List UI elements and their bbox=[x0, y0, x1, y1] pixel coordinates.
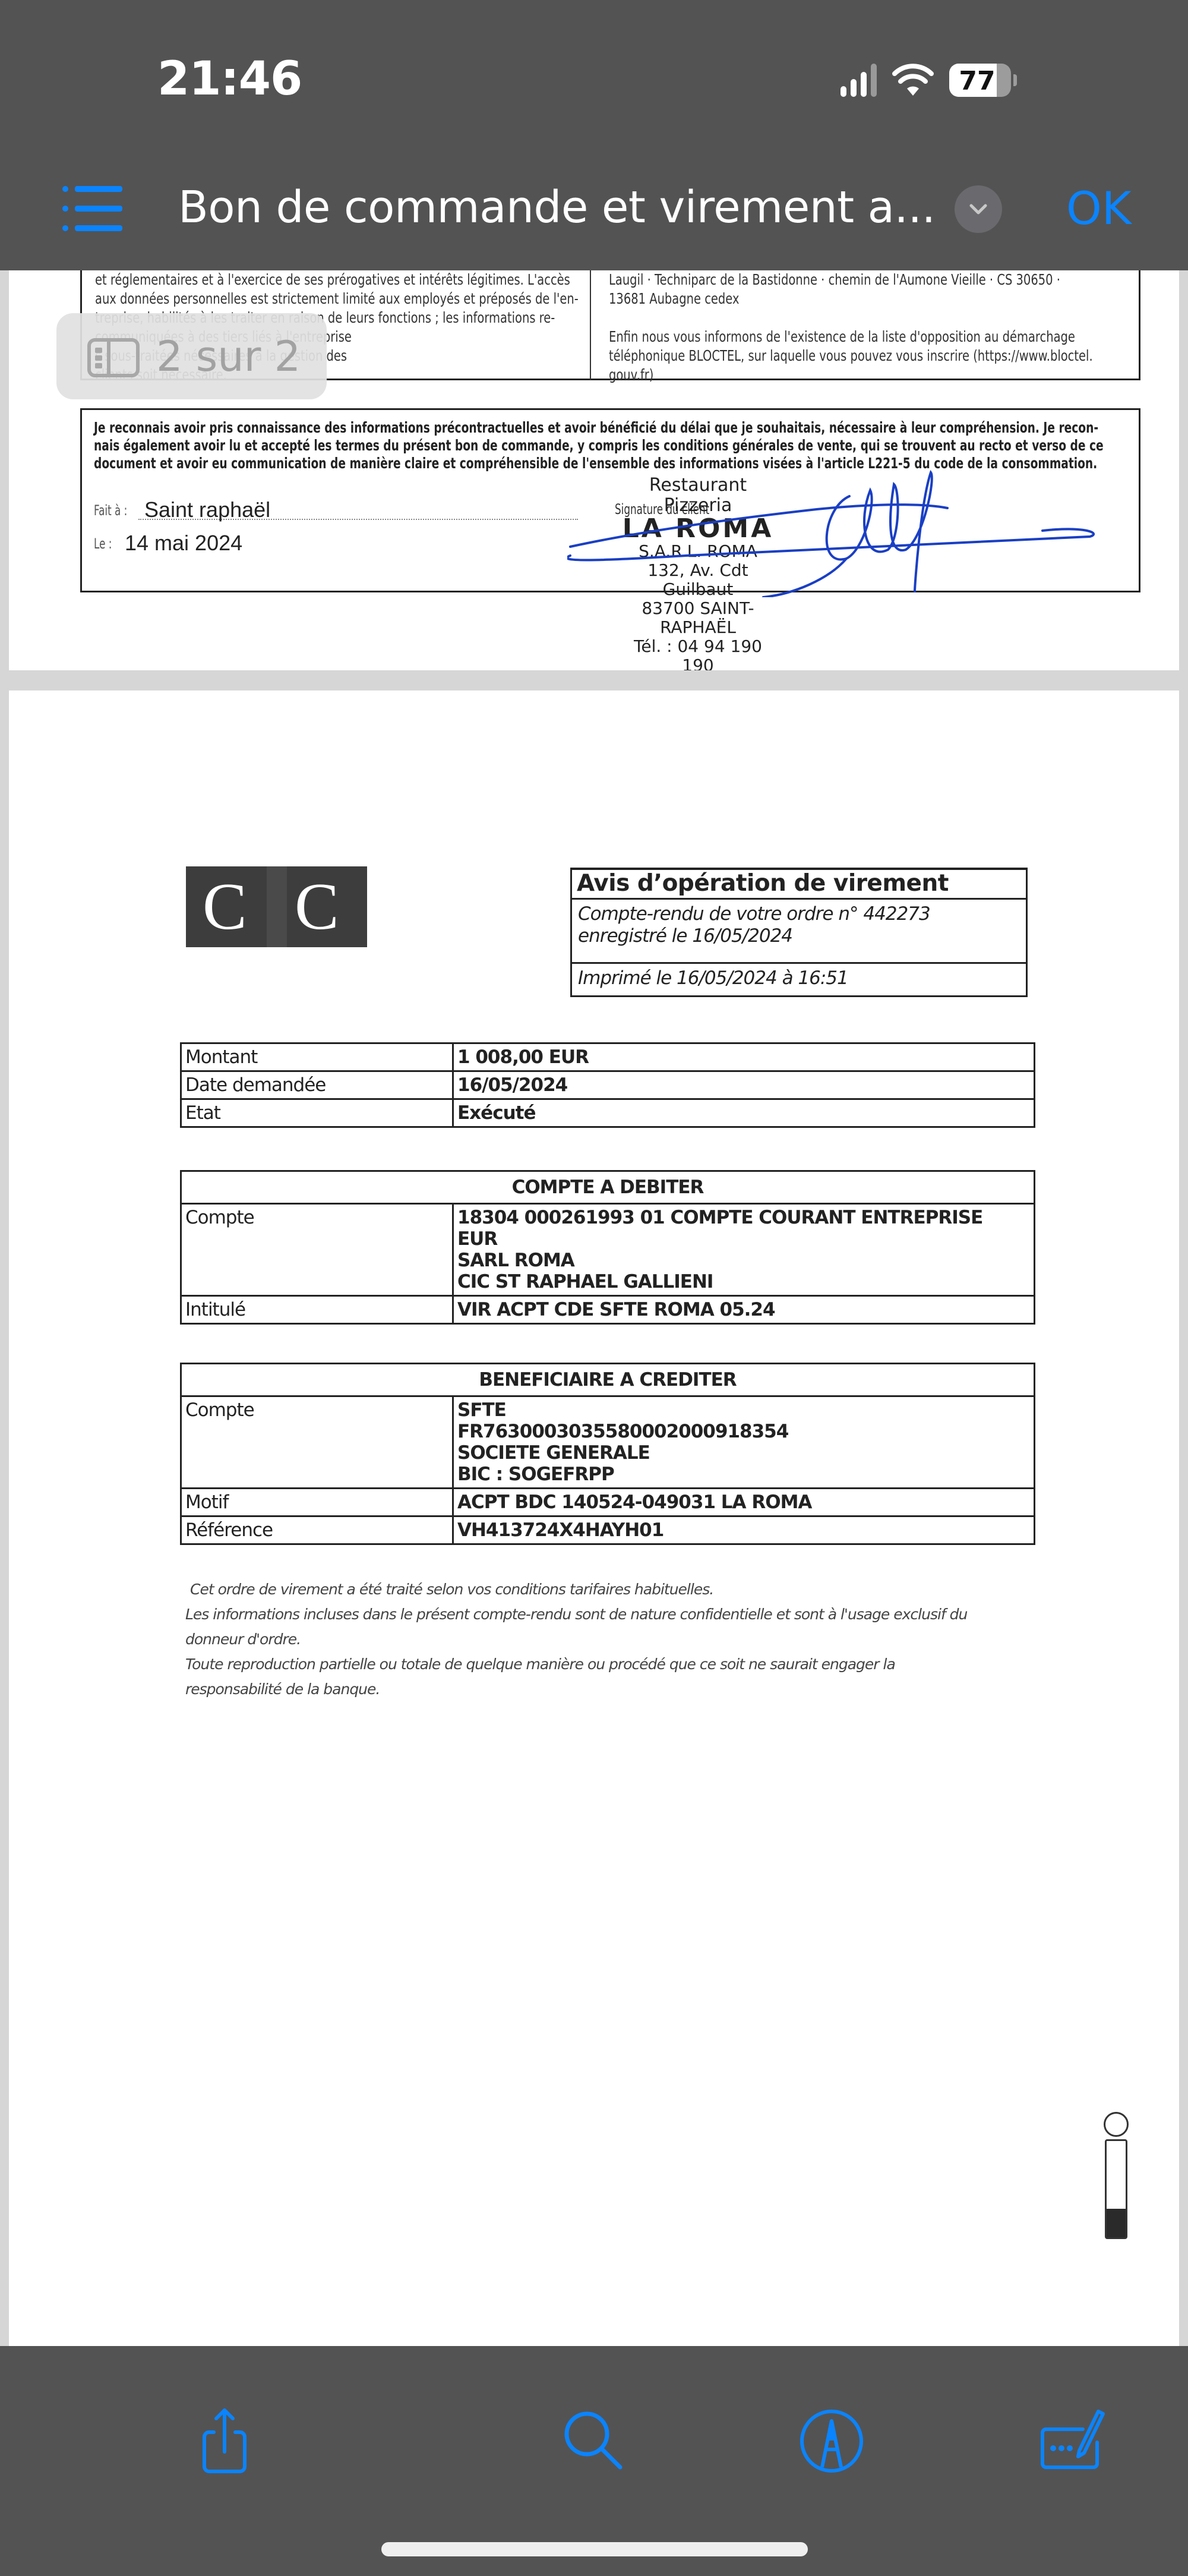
status-value: Exécuté bbox=[453, 1099, 1035, 1127]
row-label: Intitulé bbox=[181, 1296, 453, 1324]
privacy-text-right: Laugil · Techniparc de la Bastidonne · c… bbox=[609, 270, 1093, 384]
reference-value: VH413724X4HAYH01 bbox=[453, 1516, 1035, 1544]
text-line: téléphonique BLOCTEL, sur laquelle vous … bbox=[609, 346, 1093, 365]
table-row: Compte SFTE FR7630003035580002000918354 … bbox=[181, 1396, 1035, 1489]
text-line: et réglementaires et à l'exercice de ses… bbox=[95, 270, 579, 289]
avis-title: Avis d’opération de virement bbox=[572, 870, 1026, 898]
title-menu-button[interactable] bbox=[955, 185, 1002, 233]
amount-value: 1 008,00 EUR bbox=[453, 1043, 1035, 1071]
signal-icon bbox=[841, 64, 877, 97]
text-line: nais également avoir lu et accepté les t… bbox=[94, 437, 1104, 455]
value-line: SFTE bbox=[457, 1399, 1030, 1421]
debit-account-table: COMPTE A DEBITER Compte 18304 000261993 … bbox=[180, 1170, 1035, 1325]
row-label: Compte bbox=[181, 1204, 453, 1296]
le-label: Le : bbox=[94, 535, 112, 552]
page-indicator-label: 2 sur 2 bbox=[156, 332, 301, 381]
table-row: Référence VH413724X4HAYH01 bbox=[181, 1516, 1035, 1544]
note-line: responsabilité de la banque. bbox=[185, 1677, 1047, 1702]
acknowledgement-text: Je reconnais avoir pris connaissance des… bbox=[94, 419, 1104, 472]
battery-icon: 77 bbox=[949, 64, 1011, 97]
pdf-page-2: C C Avis d’opération de virement Compte-… bbox=[9, 690, 1179, 2346]
table-row: Motif ACPT BDC 140524-049031 LA ROMA bbox=[181, 1489, 1035, 1516]
share-icon[interactable] bbox=[189, 2405, 260, 2477]
value-line: CIC ST RAPHAEL GALLIENI bbox=[457, 1271, 1030, 1292]
order-number-line: Compte-rendu de votre ordre n° 442273 bbox=[578, 903, 1020, 925]
note-line: Toute reproduction partielle ou totale d… bbox=[185, 1652, 1047, 1677]
section-header: BENEFICIAIRE A CREDITER bbox=[181, 1364, 1035, 1396]
table-row: Montant 1 008,00 EUR bbox=[181, 1043, 1035, 1071]
text-line: Je reconnais avoir pris connaissance des… bbox=[94, 419, 1104, 437]
cic-logo: C C bbox=[186, 866, 367, 947]
value-line: SOCIETE GENERALE bbox=[457, 1442, 1030, 1464]
status-icons: 77 bbox=[841, 59, 1017, 101]
section-header: COMPTE A DEBITER bbox=[181, 1171, 1035, 1204]
stamp-line: 83700 SAINT-RAPHAËL bbox=[621, 599, 775, 637]
status-time: 21:46 bbox=[157, 52, 302, 106]
requested-date-value: 16/05/2024 bbox=[453, 1071, 1035, 1099]
note-line: Cet ordre de virement a été traité selon… bbox=[185, 1577, 1047, 1602]
value-line: 18304 000261993 01 COMPTE COURANT ENTREP… bbox=[457, 1207, 1030, 1228]
handwritten-signature bbox=[567, 466, 1102, 597]
sidebar-icon bbox=[87, 338, 140, 377]
value-line: BIC : SOGEFRPP bbox=[457, 1464, 1030, 1485]
legal-notes: Cet ordre de virement a été traité selon… bbox=[185, 1577, 1047, 1702]
table-row: Intitulé VIR ACPT CDE SFTE ROMA 05.24 bbox=[181, 1296, 1035, 1324]
text-line: gouv.fr) bbox=[609, 365, 1093, 384]
fait-a-label: Fait à : bbox=[94, 502, 127, 519]
avis-box: Avis d’opération de virement Compte-rend… bbox=[570, 868, 1028, 997]
value-line: EUR bbox=[457, 1228, 1030, 1250]
beneficiary-table: BENEFICIAIRE A CREDITER Compte SFTE FR76… bbox=[180, 1363, 1035, 1545]
row-label: Montant bbox=[181, 1043, 453, 1071]
printed-date: Imprimé le 16/05/2024 à 16:51 bbox=[572, 962, 1026, 995]
note-line: Les informations incluses dans le présen… bbox=[185, 1602, 1047, 1627]
row-label: Motif bbox=[181, 1489, 453, 1516]
fait-a-value: Saint raphaël bbox=[144, 497, 270, 522]
document-title[interactable]: Bon de commande et virement a... bbox=[178, 182, 936, 233]
top-bar: 21:46 77 Bon de commande et virement a..… bbox=[0, 0, 1188, 270]
text-line: Enfin nous vous informons de l'existence… bbox=[609, 327, 1093, 346]
form-signature-icon[interactable] bbox=[1037, 2405, 1108, 2477]
table-row: Etat Exécuté bbox=[181, 1099, 1035, 1127]
motif-value: ACPT BDC 140524-049031 LA ROMA bbox=[453, 1489, 1035, 1516]
home-indicator[interactable] bbox=[381, 2542, 808, 2556]
wifi-icon bbox=[892, 64, 934, 97]
row-label: Référence bbox=[181, 1516, 453, 1544]
row-label: Compte bbox=[181, 1396, 453, 1489]
beneficiary-account-value: SFTE FR7630003035580002000918354 SOCIETE… bbox=[453, 1396, 1035, 1489]
le-value: 14 mai 2024 bbox=[125, 531, 242, 556]
summary-table: Montant 1 008,00 EUR Date demandée 16/05… bbox=[180, 1042, 1035, 1128]
search-icon[interactable] bbox=[558, 2405, 630, 2477]
text-line: 13681 Aubagne cedex bbox=[609, 289, 1093, 308]
bottom-toolbar bbox=[0, 2346, 1188, 2576]
intitule-value: VIR ACPT CDE SFTE ROMA 05.24 bbox=[453, 1296, 1035, 1324]
text-line: aux données personnelles est strictement… bbox=[95, 289, 579, 308]
row-label: Etat bbox=[181, 1099, 453, 1127]
list-icon[interactable] bbox=[62, 184, 124, 233]
stamp-line: Tél. : 04 94 190 190 bbox=[621, 637, 775, 670]
registered-date-line: enregistré le 16/05/2024 bbox=[578, 925, 1020, 947]
note-line: donneur d'ordre. bbox=[185, 1627, 1047, 1652]
debit-account-value: 18304 000261993 01 COMPTE COURANT ENTREP… bbox=[453, 1204, 1035, 1296]
page-indicator[interactable]: 2 sur 2 bbox=[56, 313, 327, 399]
battery-percent: 77 bbox=[949, 66, 1005, 96]
table-header-row: BENEFICIAIRE A CREDITER bbox=[181, 1364, 1035, 1396]
text-line: Laugil · Techniparc de la Bastidonne · c… bbox=[609, 270, 1093, 289]
row-label: Date demandée bbox=[181, 1071, 453, 1099]
chevron-down-icon bbox=[968, 201, 989, 217]
logo-letter: C bbox=[295, 872, 339, 941]
value-line: FR7630003035580002000918354 bbox=[457, 1421, 1030, 1442]
table-header-row: COMPTE A DEBITER bbox=[181, 1171, 1035, 1204]
value-line: SARL ROMA bbox=[457, 1250, 1030, 1271]
printer-seal-icon bbox=[1103, 2112, 1129, 2239]
table-row: Date demandée 16/05/2024 bbox=[181, 1071, 1035, 1099]
table-row: Compte 18304 000261993 01 COMPTE COURANT… bbox=[181, 1204, 1035, 1296]
battery-nub bbox=[1013, 74, 1017, 86]
avis-subtitle: Compte-rendu de votre ordre n° 442273 en… bbox=[572, 898, 1026, 962]
markup-pen-icon[interactable] bbox=[796, 2405, 867, 2477]
column-divider bbox=[590, 270, 591, 380]
ok-button[interactable]: OK bbox=[1066, 182, 1132, 235]
logo-letter: C bbox=[203, 872, 247, 941]
